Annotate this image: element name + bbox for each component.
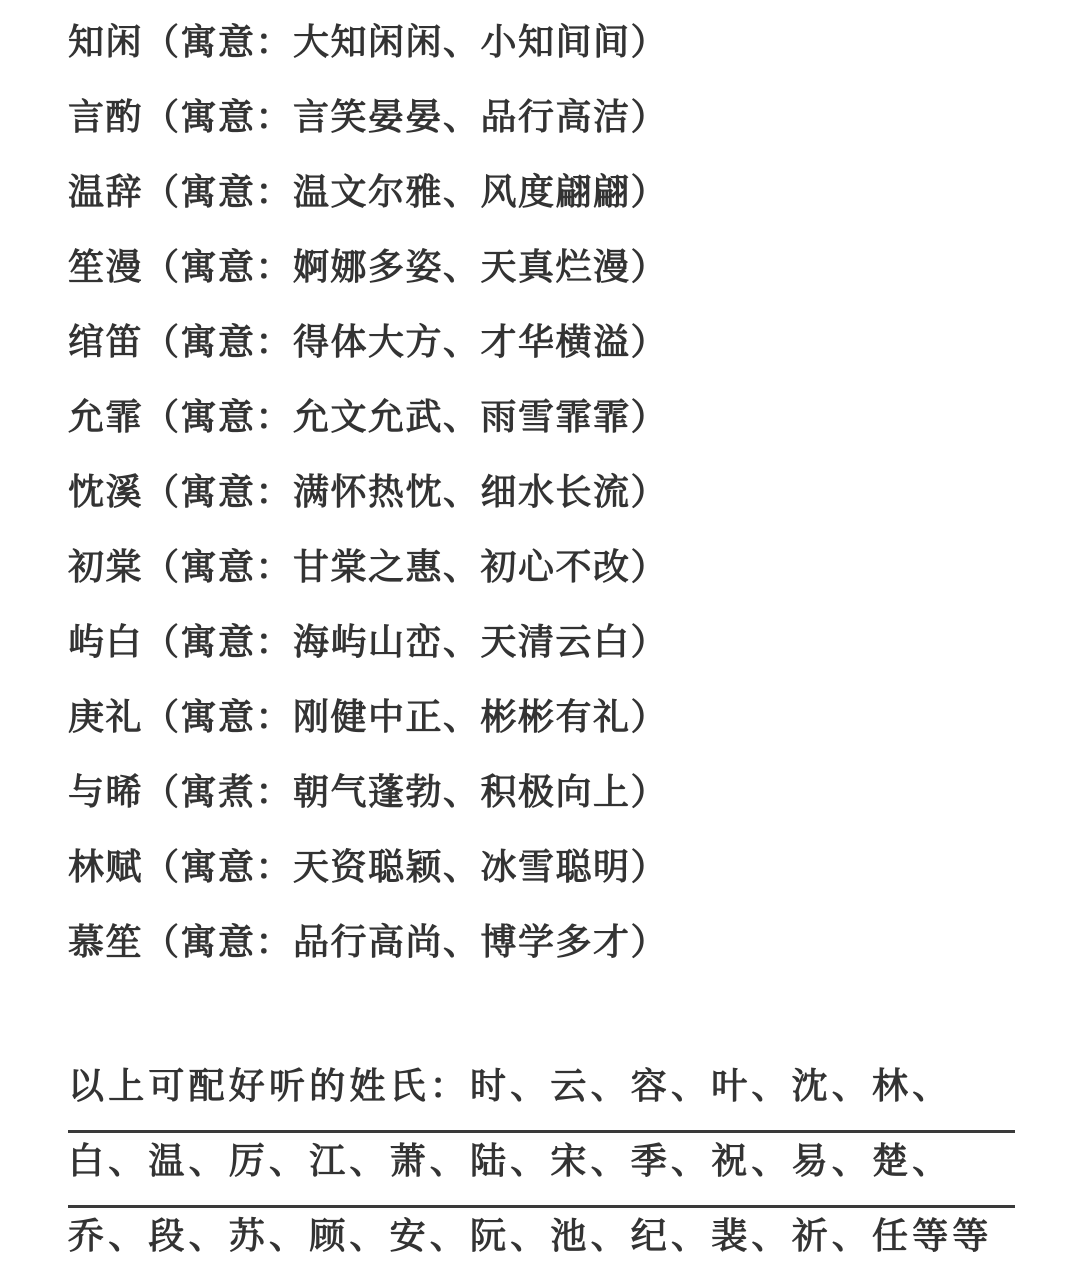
name-row-8: 初棠（寓意：甘棠之惠、初心不改） (68, 538, 668, 613)
name-row-12: 林赋（寓意：天资聪颖、冰雪聪明） (68, 838, 668, 913)
surname-line-2: 白、温、厉、江、萧、陆、宋、季、祝、易、楚、 (68, 1133, 1015, 1208)
name-row-11: 与晞（寓煮：朝气蓬勃、积极向上） (68, 763, 668, 838)
name-row-6: 允霏（寓意：允文允武、雨雪霏霏） (68, 388, 668, 463)
surname-paragraph: 以上可配好听的姓氏：时、云、容、叶、沈、林、 白、温、厉、江、萧、陆、宋、季、祝… (68, 1058, 1015, 1280)
name-row-7: 忱溪（寓意：满怀热忱、细水长流） (68, 463, 668, 538)
surname-line-1: 以上可配好听的姓氏：时、云、容、叶、沈、林、 (68, 1058, 1015, 1133)
surname-line-3: 乔、段、苏、顾、安、阮、池、纪、裴、祈、任等等 (68, 1208, 1008, 1280)
name-row-2: 言酌（寓意：言笑晏晏、品行高洁） (68, 88, 668, 163)
name-row-1: 知闲（寓意：大知闲闲、小知间间） (68, 13, 668, 88)
name-row-5: 绾笛（寓意：得体大方、才华横溢） (68, 313, 668, 388)
name-row-10: 庚礼（寓意：刚健中正、彬彬有礼） (68, 688, 668, 763)
name-row-4: 笙漫（寓意：婀娜多姿、天真烂漫） (68, 238, 668, 313)
name-row-13: 慕笙（寓意：品行高尚、博学多才） (68, 913, 668, 988)
name-row-9: 屿白（寓意：海屿山峦、天清云白） (68, 613, 668, 688)
name-row-3: 温辞（寓意：温文尔雅、风度翩翩） (68, 163, 668, 238)
name-meaning-list: 知闲（寓意：大知闲闲、小知间间） 言酌（寓意：言笑晏晏、品行高洁） 温辞（寓意：… (68, 13, 668, 988)
